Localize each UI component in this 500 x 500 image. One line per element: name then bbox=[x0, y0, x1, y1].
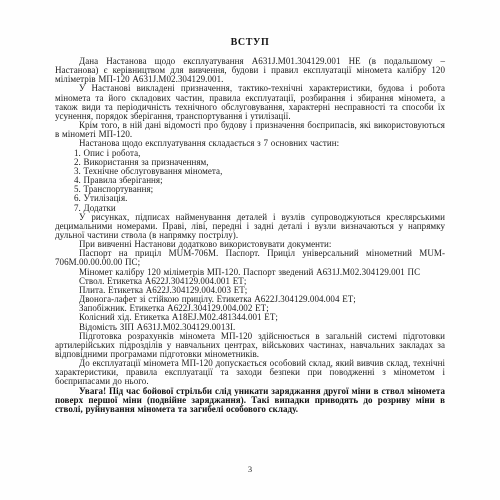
paragraph: Підготовка розрахунків міномета МП-120 з… bbox=[55, 332, 445, 359]
paragraph: У рисунках, підписах найменування детале… bbox=[55, 213, 445, 240]
paragraph: Паспорт на приціл MUM-706M. Паспорт. При… bbox=[55, 249, 445, 267]
warning-paragraph: Увага! Під час бойової стрільби слід уни… bbox=[55, 387, 445, 414]
document-body: Дана Настанова щодо експлуатування А631J… bbox=[55, 57, 445, 414]
page-number: 3 bbox=[0, 464, 500, 474]
paragraph: У Настанові викладені призначення, такти… bbox=[55, 84, 445, 121]
document-page: ВСТУП Дана Настанова щодо експлуатування… bbox=[0, 0, 500, 500]
paragraph: Дана Настанова щодо експлуатування А631J… bbox=[55, 57, 445, 84]
paragraph: Крім того, в ній дані відомості про будо… bbox=[55, 121, 445, 139]
list-item: 6. Утилізація. bbox=[74, 194, 445, 203]
list-item: 5. Транспортування; bbox=[74, 185, 445, 194]
page-title: ВСТУП bbox=[55, 37, 445, 48]
paragraph: До експлуатації міномета МП-120 допускає… bbox=[55, 359, 445, 386]
